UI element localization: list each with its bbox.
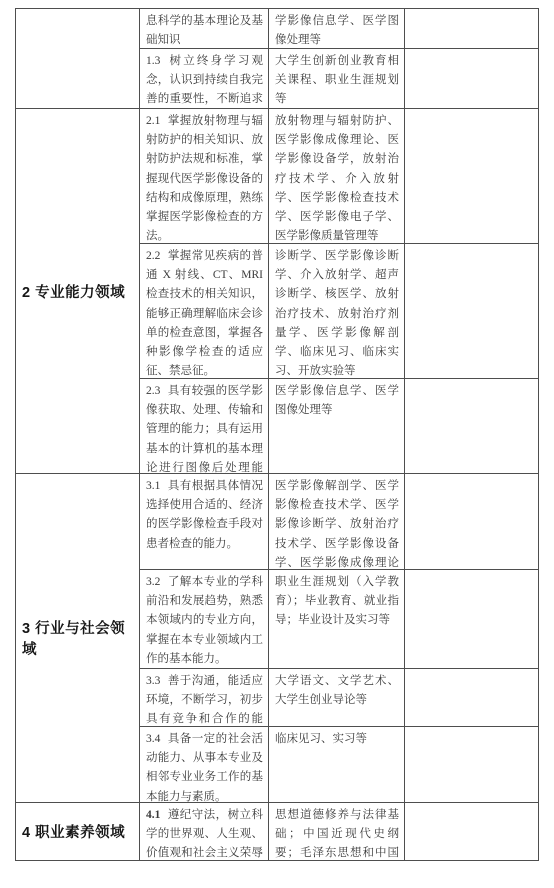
objective-text: 具备一定的社会活动能力、从事本专业及相邻专业业务工作的基本能力与素质。 <box>146 733 263 803</box>
courses-cell: 大学语文、文学艺术、大学生创业导论等 <box>269 669 405 727</box>
courses-cell: 职业生涯规划（入学教育）；毕业教育、就业指导；毕业设计及实习等 <box>269 570 405 669</box>
courses-cell: 医学影像解剖学、医学影像检查技术学、医学影像诊断学、放射治疗技术学、医学影像设备… <box>269 474 405 570</box>
objective-number: 3.2 <box>146 576 160 588</box>
empty-cell <box>405 109 539 244</box>
empty-cell <box>405 244 539 379</box>
curriculum-table: 息科学的基本理论及基础知识 学影像信息学、医学图像处理等 1.3树立终身学习观念… <box>15 8 539 861</box>
objective-text: 树立终身学习观念，认识到持续自我完善的重要性，不断追求卓越。 <box>146 55 263 109</box>
objective-number: 1.3 <box>146 55 160 67</box>
objective-number: 3.3 <box>146 675 160 687</box>
objective-number: 2.3 <box>146 385 160 397</box>
courses-cell: 思想道德修养与法律基础；中国近现代史纲要；毛泽东思想和中国特色 <box>269 803 405 861</box>
document-page: 息科学的基本理论及基础知识 学影像信息学、医学图像处理等 1.3树立终身学习观念… <box>0 0 554 888</box>
courses-text: 学影像信息学、医学图像处理等 <box>275 15 399 46</box>
objective-cell: 2.3具有较强的医学影像获取、处理、传输和管理的能力；具有运用基本的计算机的基本… <box>140 379 269 474</box>
courses-text: 职业生涯规划（入学教育）；毕业教育、就业指导；毕业设计及实习等 <box>275 576 399 626</box>
courses-cell: 医学影像信息学、医学图像处理等 <box>269 379 405 474</box>
courses-text: 思想道德修养与法律基础；中国近现代史纲要；毛泽东思想和中国特色 <box>275 809 399 861</box>
objective-cell: 3.1具有根据具体情况选择使用合适的、经济的医学影像检查手段对患者检查的能力。 <box>140 474 269 570</box>
section-label: 4 职业素养领域 <box>16 803 140 861</box>
objective-cell: 3.2了解本专业的学科前沿和发展趋势，熟悉本领域内的专业方向，掌握在本专业领域内… <box>140 570 269 669</box>
courses-cell: 诊断学、医学影像诊断学、介入放射学、超声诊断学、核医学、放射治疗技术、放射治疗剂… <box>269 244 405 379</box>
objective-number: 3.1 <box>146 480 160 492</box>
objective-text: 善于沟通，能适应环境，不断学习，初步具有竞争和合作的能力。 <box>146 675 263 727</box>
objective-cell: 1.3树立终身学习观念，认识到持续自我完善的重要性，不断追求卓越。 <box>140 49 269 109</box>
objective-text: 息科学的基本理论及基础知识 <box>146 15 263 46</box>
objective-text: 掌握常见疾病的普通 X 射线、CT、MRI 检查技术的相关知识，能够正确理解临床… <box>146 250 263 377</box>
courses-text: 大学语文、文学艺术、大学生创业导论等 <box>275 675 399 706</box>
courses-text: 诊断学、医学影像诊断学、介入放射学、超声诊断学、核医学、放射治疗技术、放射治疗剂… <box>275 250 399 377</box>
objective-cell: 4.1遵纪守法，树立科学的世界观、人生观、价值观和社会主义荣辱观，热 <box>140 803 269 861</box>
empty-cell <box>405 727 539 803</box>
courses-text: 放射物理与辐射防护、医学影像成像理论、医学影像设备学，放射治疗技术学、介入放射学… <box>275 115 399 242</box>
empty-cell <box>405 379 539 474</box>
objective-cell: 2.1掌握放射物理与辐射防护的相关知识、放射防护法规和标准，掌握现代医学影像设备… <box>140 109 269 244</box>
courses-text: 临床见习、实习等 <box>275 733 367 745</box>
objective-cell: 3.4具备一定的社会活动能力、从事本专业及相邻专业业务工作的基本能力与素质。 <box>140 727 269 803</box>
objective-number: 4.1 <box>146 809 160 821</box>
empty-cell <box>405 570 539 669</box>
objective-text: 具有较强的医学影像获取、处理、传输和管理的能力；具有运用基本的计算机的基本理论进… <box>146 385 263 474</box>
courses-cell: 学影像信息学、医学图像处理等 <box>269 9 405 49</box>
objective-text: 掌握放射物理与辐射防护的相关知识、放射防护法规和标准，掌握现代医学影像设备的结构… <box>146 115 263 242</box>
empty-cell <box>405 803 539 861</box>
courses-text: 医学影像信息学、医学图像处理等 <box>275 385 399 416</box>
objective-cell: 2.2掌握常见疾病的普通 X 射线、CT、MRI 检查技术的相关知识，能够正确理… <box>140 244 269 379</box>
courses-cell: 临床见习、实习等 <box>269 727 405 803</box>
section-label <box>16 9 140 109</box>
objective-number: 2.1 <box>146 115 160 127</box>
objective-text: 遵纪守法，树立科学的世界观、人生观、价值观和社会主义荣辱观，热 <box>146 809 263 861</box>
empty-cell <box>405 9 539 49</box>
empty-cell <box>405 49 539 109</box>
section-label: 2 专业能力领域 <box>16 109 140 474</box>
courses-text: 医学影像解剖学、医学影像检查技术学、医学影像诊断学、放射治疗技术学、医学影像设备… <box>275 480 399 570</box>
empty-cell <box>405 669 539 727</box>
section-label: 3 行业与社会领域 <box>16 474 140 803</box>
objective-text: 了解本专业的学科前沿和发展趋势，熟悉本领域内的专业方向，掌握在本专业领域内工作的… <box>146 576 263 665</box>
objective-number: 2.2 <box>146 250 160 262</box>
courses-cell: 放射物理与辐射防护、医学影像成像理论、医学影像设备学，放射治疗技术学、介入放射学… <box>269 109 405 244</box>
courses-cell: 大学生创新创业教育相关课程、职业生涯规划等 <box>269 49 405 109</box>
empty-cell <box>405 474 539 570</box>
courses-text: 大学生创新创业教育相关课程、职业生涯规划等 <box>275 55 399 105</box>
objective-cell: 息科学的基本理论及基础知识 <box>140 9 269 49</box>
objective-text: 具有根据具体情况选择使用合适的、经济的医学影像检查手段对患者检查的能力。 <box>146 480 263 550</box>
objective-number: 3.4 <box>146 733 160 745</box>
objective-cell: 3.3善于沟通，能适应环境，不断学习，初步具有竞争和合作的能力。 <box>140 669 269 727</box>
